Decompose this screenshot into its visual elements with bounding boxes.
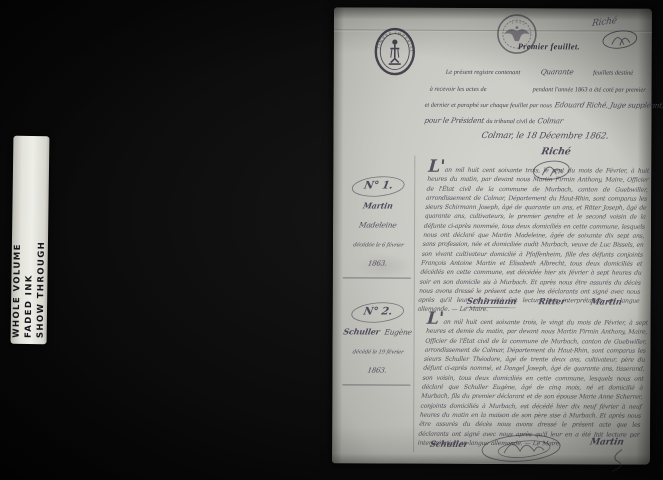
signature-tail-flourish-icon (600, 447, 630, 473)
formula-text: Le présent registre contenant (446, 69, 521, 76)
margin-note-act-2: N° 2. Schuller Eugène décédé le 19 févri… (342, 305, 412, 385)
page-title: Premier feuillet. (494, 41, 604, 51)
signature-ritter: Ritter (538, 296, 566, 306)
formula-text: pendant l'année 1863 a été coté par prem… (533, 86, 646, 93)
margin-note-underline (343, 277, 411, 278)
death-date-note: décédé le 19 février (351, 349, 403, 356)
formula-text: feuillets destiné (593, 69, 633, 76)
death-year: 1863. (368, 259, 389, 268)
deceased-surname: Schuller (342, 326, 380, 336)
filled-delegation: pour le Président (424, 117, 485, 125)
judge-signature: Riché (540, 146, 571, 157)
microfilm-frame: WHOLE VOLUME FADED INK SHOW THROUGH TIMB… (0, 0, 663, 480)
filled-city: Colmar (536, 117, 563, 125)
deceased-firstname: Eugène (384, 328, 413, 337)
formula-text: du tribunal civil de (486, 118, 535, 125)
act-number: N° 1. (343, 179, 413, 191)
archive-label-text-block: WHOLE VOLUME FADED INK SHOW THROUGH (11, 142, 50, 338)
deceased-surname: Martin (362, 200, 393, 210)
timbre-imperial-stamp-icon: TIMBRE IMPERIAL (374, 27, 416, 75)
register-formula-line-3: et dernier et paraphé sur chaque feuille… (425, 101, 663, 111)
filled-judge-name: Edouard Riché, Juge suppléant, (553, 101, 663, 109)
margin-note-underline (342, 384, 410, 385)
svg-text:1862: 1862 (511, 20, 527, 27)
margin-rule (413, 156, 415, 452)
death-act-2-text: L'an mil huit cent soixante trois, le vi… (417, 315, 648, 449)
act-number-text: N° 1. (363, 179, 394, 191)
death-date-note: décédée le 6 février (352, 242, 404, 249)
signature-schuller: Schuller (429, 439, 469, 449)
signature-martin: Martin (590, 296, 623, 306)
archive-label-strip: WHOLE VOLUME FADED INK SHOW THROUGH (11, 136, 50, 344)
register-formula-line-2: à recevoir les actes de pendant l'année … (430, 85, 646, 95)
death-act-1-text: L'an mil huit cent soixante trois, le se… (417, 163, 649, 316)
signature-martin: Martin (589, 437, 624, 447)
signature-schirmann: Schirmann (466, 296, 518, 308)
paraph-flourish-icon (600, 28, 640, 50)
corner-paraph-name: Riché (591, 16, 617, 29)
filled-count: Quarante (540, 68, 574, 76)
formula-text: à recevoir les actes de (430, 86, 487, 93)
formula-text: et dernier et paraphé sur chaque feuille… (425, 102, 552, 110)
act-1-signatures: Schirmann Ritter Martin (423, 296, 644, 315)
round-stamp-label: 1862 (511, 20, 527, 27)
cote-dateline: Colmar, le 18 Décembre 1862. (481, 131, 610, 142)
death-year: 1863. (367, 366, 388, 375)
register-formula-line-1: Le présent registre contenant Quarante f… (446, 68, 633, 78)
flourish-signature-icon (478, 431, 564, 465)
margin-note-act-1: N° 1. Martin Madeleine décédée le 6 févr… (343, 179, 413, 278)
act-number-text: N° 2. (362, 305, 393, 317)
register-formula-line-4: pour le Président du tribunal civil de C… (424, 117, 562, 127)
act-number: N° 2. (343, 305, 413, 317)
deceased-firstname: Madeleine (358, 220, 397, 229)
act-2-signatures: Schuller Martin (422, 435, 643, 454)
register-page: TIMBRE IMPERIAL 1862 Riché Premier feuil… (332, 7, 652, 464)
label-line-show-through: SHOW THROUGH (35, 142, 50, 338)
